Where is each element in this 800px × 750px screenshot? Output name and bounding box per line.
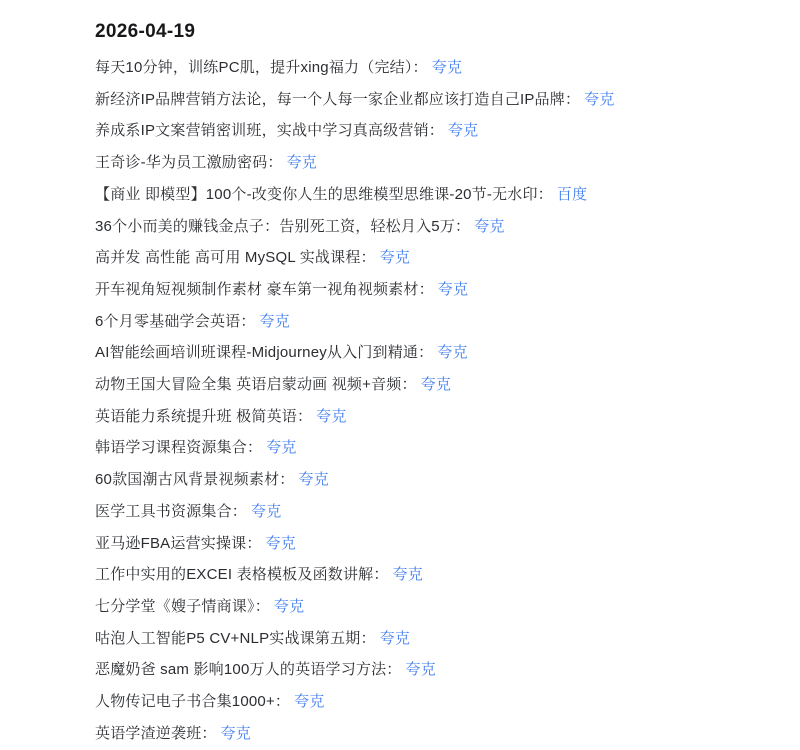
item-text: 人物传记电子书合集1000+： [95,693,290,710]
item-text: 恶魔奶爸 sam 影响100万人的英语学习方法： [95,661,402,678]
list-item: 恶魔奶爸 sam 影响100万人的英语学习方法：夸克 [95,659,760,681]
list-item: 英语学渣逆袭班：夸克 [95,723,760,745]
item-text: 每天10分钟，训练PC肌，提升xing福力（完结）： [95,59,428,76]
item-text: 工作中实用的EXCEI 表格模板及函数讲解： [95,566,389,583]
list-item: 工作中实用的EXCEI 表格模板及函数讲解：夸克 [95,564,760,586]
list-item: 每天10分钟，训练PC肌，提升xing福力（完结）：夸克 [95,57,760,79]
item-text: 开车视角短视频制作素材 豪车第一视角视频素材： [95,281,434,298]
list-item: 人物传记电子书合集1000+：夸克 [95,691,760,713]
item-link[interactable]: 夸克 [260,313,290,330]
item-link[interactable]: 夸克 [266,535,296,552]
list-item: 王奇诊-华为员工激励密码：夸克 [95,152,760,174]
item-text: 新经济IP品牌营销方法论，每一个人每一家企业都应该打造自己IP品牌： [95,91,580,108]
item-link[interactable]: 夸克 [299,471,329,488]
resource-list: 每天10分钟，训练PC肌，提升xing福力（完结）：夸克新经济IP品牌营销方法论… [95,57,760,744]
date-heading: 2026-04-19 [95,21,760,43]
item-link[interactable]: 夸克 [438,281,468,298]
item-text: 36个小而美的赚钱金点子：告别死工资，轻松月入5万： [95,218,470,235]
list-item: 开车视角短视频制作素材 豪车第一视角视频素材：夸克 [95,279,760,301]
item-text: 英语能力系统提升班 极简英语： [95,408,312,425]
item-link[interactable]: 夸克 [274,598,304,615]
item-link[interactable]: 夸克 [474,218,504,235]
item-link[interactable]: 夸克 [380,249,410,266]
list-item: 亚马逊FBA运营实操课：夸克 [95,533,760,555]
item-text: 动物王国大冒险全集 英语启蒙动画 视频+音频： [95,376,417,393]
item-link[interactable]: 夸克 [448,122,478,139]
item-link[interactable]: 夸克 [266,439,296,456]
item-link[interactable]: 夸克 [406,661,436,678]
item-text: 亚马逊FBA运营实操课： [95,535,262,552]
item-text: 英语学渣逆袭班： [95,725,217,742]
list-item: 咕泡人工智能P5 CV+NLP实战课第五期：夸克 [95,628,760,650]
item-link[interactable]: 夸克 [251,503,281,520]
list-item: 【商业 即模型】100个-改变你人生的思维模型思维课-20节-无水印：百度 [95,184,760,206]
list-item: 英语能力系统提升班 极简英语：夸克 [95,406,760,428]
item-link[interactable]: 夸克 [221,725,251,742]
list-item: 6个月零基础学会英语：夸克 [95,311,760,333]
list-item: 韩语学习课程资源集合：夸克 [95,437,760,459]
item-text: 医学工具书资源集合： [95,503,247,520]
item-text: 王奇诊-华为员工激励密码： [95,154,283,171]
item-link[interactable]: 夸克 [584,91,614,108]
list-item: 高并发 高性能 高可用 MySQL 实战课程：夸克 [95,247,760,269]
list-item: 动物王国大冒险全集 英语启蒙动画 视频+音频：夸克 [95,374,760,396]
item-link[interactable]: 夸克 [393,566,423,583]
item-link[interactable]: 夸克 [380,630,410,647]
item-link[interactable]: 夸克 [432,59,462,76]
list-item: 养成系IP文案营销密训班，实战中学习真高级营销：夸克 [95,120,760,142]
item-text: 60款国潮古风背景视频素材： [95,471,295,488]
list-item: 七分学堂《嫂子情商课》：夸克 [95,596,760,618]
list-item: 医学工具书资源集合：夸克 [95,501,760,523]
list-item: 36个小而美的赚钱金点子：告别死工资，轻松月入5万：夸克 [95,216,760,238]
item-text: 6个月零基础学会英语： [95,313,256,330]
document-page: 2026-04-19 每天10分钟，训练PC肌，提升xing福力（完结）：夸克新… [0,0,800,750]
item-text: 韩语学习课程资源集合： [95,439,262,456]
item-text: 养成系IP文案营销密训班，实战中学习真高级营销： [95,122,444,139]
item-link[interactable]: 夸克 [316,408,346,425]
item-link[interactable]: 夸克 [437,344,467,361]
list-item: 新经济IP品牌营销方法论，每一个人每一家企业都应该打造自己IP品牌：夸克 [95,89,760,111]
item-link[interactable]: 百度 [557,186,587,203]
item-text: 高并发 高性能 高可用 MySQL 实战课程： [95,249,376,266]
item-link[interactable]: 夸克 [287,154,317,171]
item-text: AI智能绘画培训班课程-Midjourney从入门到精通： [95,344,433,361]
item-link[interactable]: 夸克 [421,376,451,393]
list-item: AI智能绘画培训班课程-Midjourney从入门到精通：夸克 [95,342,760,364]
item-text: 咕泡人工智能P5 CV+NLP实战课第五期： [95,630,376,647]
item-text: 七分学堂《嫂子情商课》： [95,598,270,615]
list-item: 60款国潮古风背景视频素材：夸克 [95,469,760,491]
item-link[interactable]: 夸克 [294,693,324,710]
item-text: 【商业 即模型】100个-改变你人生的思维模型思维课-20节-无水印： [95,186,553,203]
